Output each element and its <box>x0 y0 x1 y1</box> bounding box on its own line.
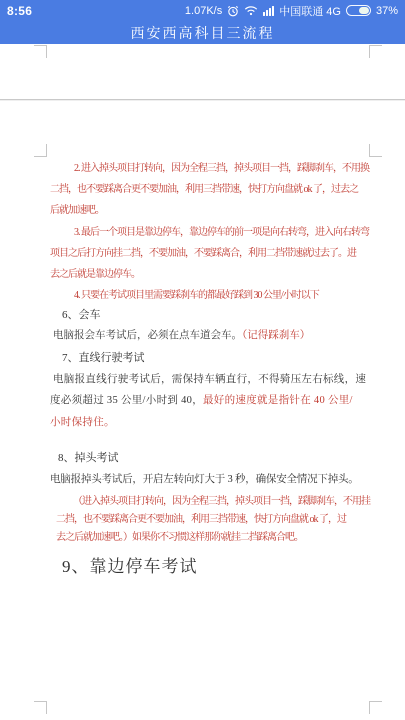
doc-line: 7、直线行驶考试 <box>62 353 145 364</box>
doc-line: 4. 只要在考试项目里需要踩刹车的都最好踩到 30 公里/小时以下 <box>74 291 319 301</box>
doc-text-segment: （进入掉头项目打转向，因为全程三挡，掉头项目一挡，踩脚刹车，不用挂 <box>73 496 370 507</box>
alarm-icon <box>227 5 239 17</box>
doc-line: 2. 进入掉头项目打转向，因为全程三挡，掉头项目一挡，踩脚刹车，不用换 <box>74 164 369 174</box>
doc-line: 9、靠边停车考试 <box>62 558 198 575</box>
doc-text-segment: 去之后就是靠边停车。 <box>50 269 140 280</box>
doc-line: 3. 最后一个项目是靠边停车，靠边停车的前一项是向右转弯，进入向右转弯 <box>74 228 369 238</box>
top-bar: 8:56 1.07K/s <box>0 0 405 44</box>
doc-text-segment: 4. 只要在考试项目里需要踩刹车的都最好踩到 30 公里/小时以下 <box>74 290 319 301</box>
doc-line: 后就加速吧。 <box>50 206 104 216</box>
doc-text-segment: 2. 进入掉头项目打转向，因为全程三挡，掉头项目一挡，踩脚刹车，不用换 <box>74 163 369 174</box>
doc-line: 二挡，也不要踩离合更不要加油，利用三挡带速，快打方向盘就 ok 了，过去之 <box>50 185 358 195</box>
wifi-icon <box>244 5 258 16</box>
doc-line: 电脑报会车考试后，必须在点车道会车。（记得踩刹车） <box>53 331 310 342</box>
doc-text-segment: 最好的速度就是指针在 40 公里/ <box>203 395 353 406</box>
page-margin-mark <box>34 45 47 58</box>
app-title-bar: 西安西高科目三流程 <box>0 21 405 44</box>
doc-text-segment: 电脑报直线行驶考试后，需保持车辆直行，不得骑压左右标线，速 <box>53 374 366 385</box>
doc-text-segment: 项目之后打方向挂二挡，不要加油，不要踩离合，利用二挡带速就过去了。进 <box>50 248 356 259</box>
doc-text-segment: 小时保持住。 <box>50 417 115 428</box>
doc-text-segment: 二挡，也不要踩离合更不要加油，利用三挡带速，快打方向盘就 ok 了，过 <box>56 514 346 525</box>
doc-text-segment: 6、会车 <box>62 309 101 321</box>
doc-text-segment: 电脑报掉头考试后，开启左转向灯大于 3 秒，确保安全情况下掉头。 <box>50 474 359 485</box>
doc-line: 电脑报掉头考试后，开启左转向灯大于 3 秒，确保安全情况下掉头。 <box>50 475 359 486</box>
doc-text-segment: 7、直线行驶考试 <box>62 352 145 364</box>
doc-line: 6、会车 <box>62 310 101 321</box>
battery-percent: 37% <box>376 5 398 17</box>
doc-line: 8、掉头考试 <box>58 453 119 464</box>
carrier-label: 中国联通 4G <box>279 3 341 19</box>
doc-text-segment: 后就加速吧。 <box>50 205 104 216</box>
status-icons-group: 1.07K/s <box>185 3 398 19</box>
doc-text-segment: 二挡，也不要踩离合更不要加油，利用三挡带速，快打方向盘就 ok 了，过去之 <box>50 184 358 195</box>
doc-text-segment: （记得踩刹车） <box>242 330 310 341</box>
doc-text-segment: 9、靠边停车考试 <box>62 557 198 576</box>
page-margin-mark <box>369 701 382 714</box>
page-margin-mark <box>34 701 47 714</box>
page-margin-mark <box>369 144 382 157</box>
doc-line: 电脑报直线行驶考试后，需保持车辆直行，不得骑压左右标线，速 <box>53 375 366 386</box>
doc-line: 度必须超过 35 公里/小时到 40，最好的速度就是指针在 40 公里/ <box>50 396 353 407</box>
doc-line: 去之后就加速吧。）如果你不习惯这样那你就挂二挡踩离合吧。 <box>56 533 303 543</box>
clock-time: 8:56 <box>7 4 32 18</box>
page-margin-mark <box>369 45 382 58</box>
doc-text-segment: 度必须超过 35 公里/小时到 40， <box>50 395 203 406</box>
page-title: 西安西高科目三流程 <box>131 23 275 43</box>
doc-line: 去之后就是靠边停车。 <box>50 270 140 280</box>
doc-line: （进入掉头项目打转向，因为全程三挡，掉头项目一挡，踩脚刹车，不用挂 <box>73 497 370 507</box>
doc-line: 项目之后打方向挂二挡，不要加油，不要踩离合，利用二挡带速就过去了。进 <box>50 249 356 259</box>
phone-screen: 8:56 1.07K/s <box>0 0 405 720</box>
signal-icon <box>263 6 274 16</box>
doc-text-segment: 3. 最后一个项目是靠边停车，靠边停车的前一项是向右转弯，进入向右转弯 <box>74 227 369 238</box>
battery-icon <box>346 5 371 16</box>
doc-line: 小时保持住。 <box>50 418 115 429</box>
doc-text-segment: 8、掉头考试 <box>58 452 119 464</box>
status-bar: 8:56 1.07K/s <box>0 0 405 21</box>
document-viewer[interactable]: 2. 进入掉头项目打转向，因为全程三挡，掉头项目一挡，踩脚刹车，不用换二挡，也不… <box>0 44 405 720</box>
network-speed: 1.07K/s <box>185 5 222 17</box>
page-margin-mark <box>34 144 47 157</box>
doc-text-segment: 电脑报会车考试后，必须在点车道会车。 <box>53 330 242 341</box>
doc-line: 二挡，也不要踩离合更不要加油，利用三挡带速，快打方向盘就 ok 了，过 <box>56 515 346 525</box>
page-separator-shadow <box>0 100 405 101</box>
doc-text-segment: 去之后就加速吧。）如果你不习惯这样那你就挂二挡踩离合吧。 <box>56 532 303 543</box>
